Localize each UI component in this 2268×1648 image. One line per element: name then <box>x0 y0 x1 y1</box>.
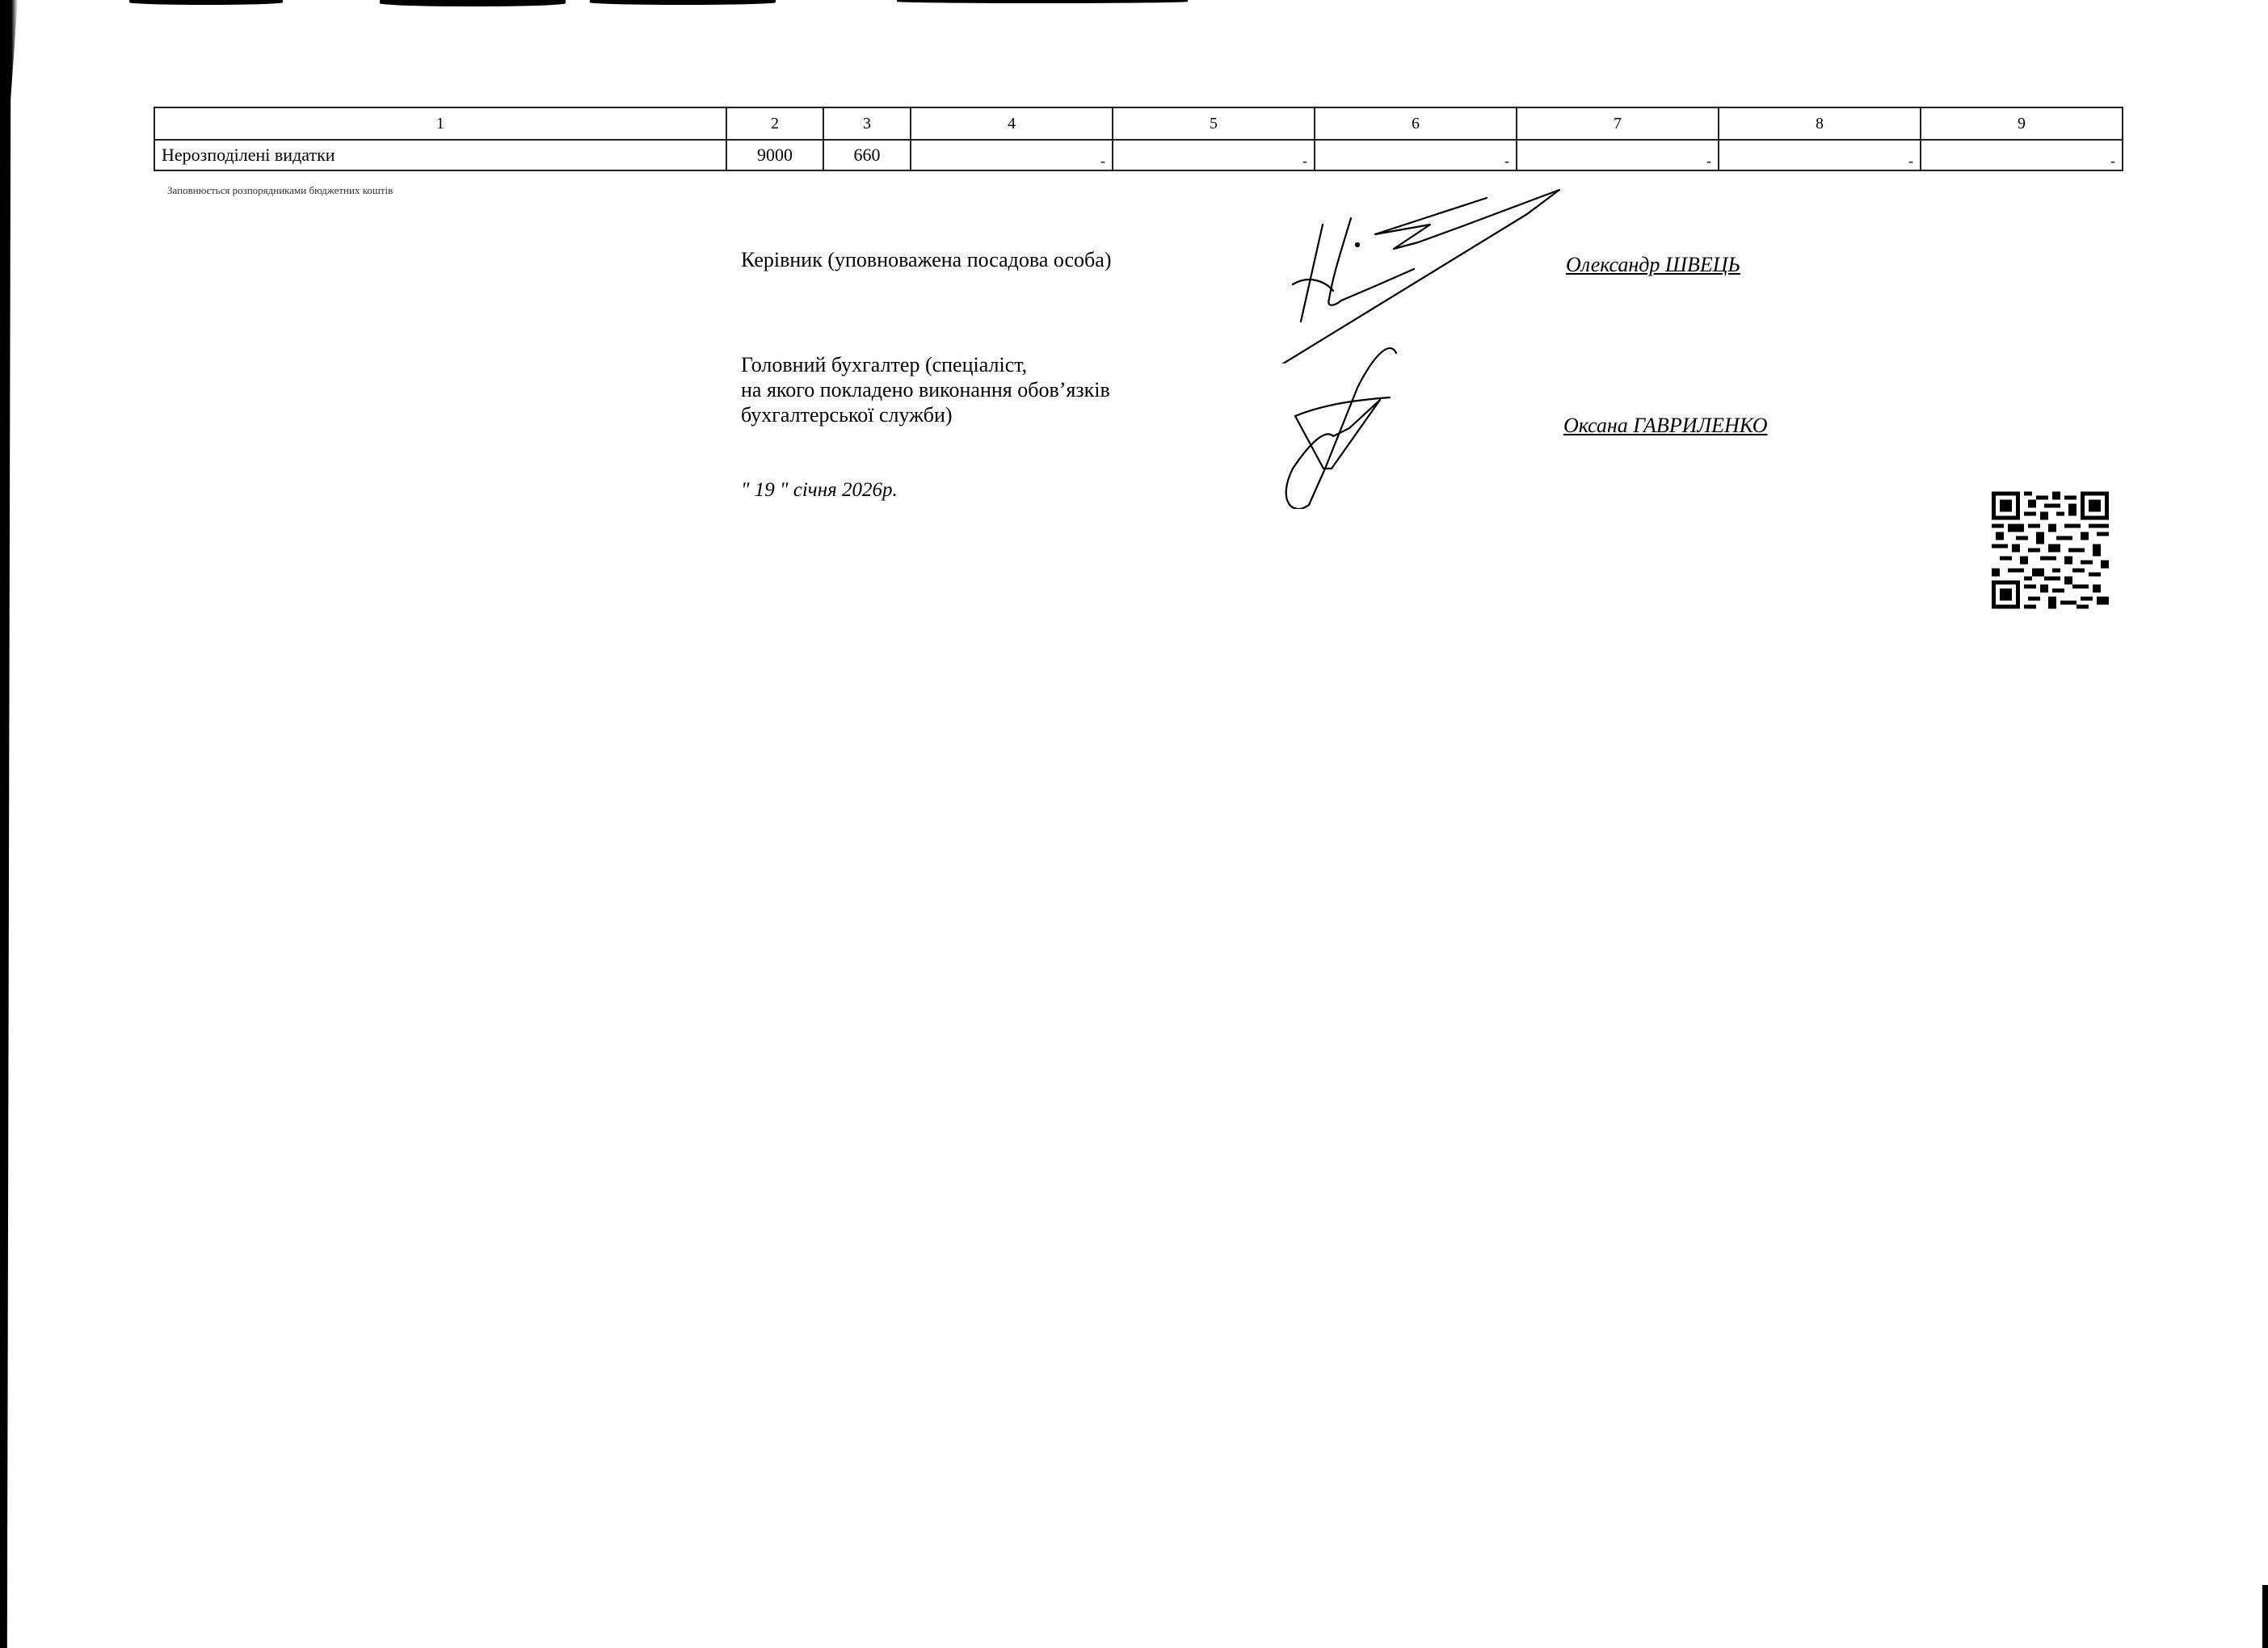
cell-col5: - <box>1113 140 1315 170</box>
cell-col9: - <box>1921 140 2123 170</box>
budget-table: 1 2 3 4 5 6 7 8 9 Нерозподілені видатки … <box>154 107 2123 171</box>
director-signature-icon <box>1260 178 1567 364</box>
scan-top-edge <box>590 0 776 5</box>
accountant-signature-icon <box>1260 339 1406 509</box>
column-number: 3 <box>823 107 911 140</box>
row-name: Нерозподілені видатки <box>154 140 726 170</box>
cell-col2: 9000 <box>726 140 823 170</box>
table-header-row: 1 2 3 4 5 6 7 8 9 <box>154 107 2123 140</box>
footnote: Заповнюється розпорядниками бюджетних ко… <box>167 184 393 197</box>
column-number: 4 <box>911 107 1113 140</box>
accountant-name: Оксана ГАВРИЛЕНКО <box>1563 414 1768 438</box>
scan-left-edge <box>0 0 18 1648</box>
director-name: Олександр ШВЕЦЬ <box>1566 253 1740 277</box>
scan-top-edge <box>380 0 566 6</box>
scan-top-edge <box>897 0 1188 3</box>
cell-col3: 660 <box>823 140 911 170</box>
scan-right-edge <box>2262 1585 2268 1648</box>
column-number: 6 <box>1315 107 1517 140</box>
accountant-role-line: бухгалтерської служби) <box>741 402 1110 427</box>
cell-col7: - <box>1517 140 1719 170</box>
column-number: 5 <box>1113 107 1315 140</box>
director-role-label: Керівник (уповноважена посадова особа) <box>741 247 1111 272</box>
column-number: 1 <box>154 107 726 140</box>
cell-col6: - <box>1315 140 1517 170</box>
sign-date: " 19 " січня 2026р. <box>741 479 898 502</box>
cell-col4: - <box>911 140 1113 170</box>
column-number: 8 <box>1719 107 1921 140</box>
cell-col8: - <box>1719 140 1921 170</box>
qr-code-icon <box>1992 489 2109 612</box>
column-number: 2 <box>726 107 823 140</box>
table-row: Нерозподілені видатки 9000 660 - - - - -… <box>154 140 2123 170</box>
scan-top-edge <box>129 0 283 5</box>
accountant-role-label: Головний бухгалтер (спеціаліст, на якого… <box>741 352 1110 427</box>
accountant-role-line: на якого покладено виконання обов’язків <box>741 377 1110 402</box>
accountant-role-line: Головний бухгалтер (спеціаліст, <box>741 352 1110 377</box>
column-number: 7 <box>1517 107 1719 140</box>
column-number: 9 <box>1921 107 2123 140</box>
